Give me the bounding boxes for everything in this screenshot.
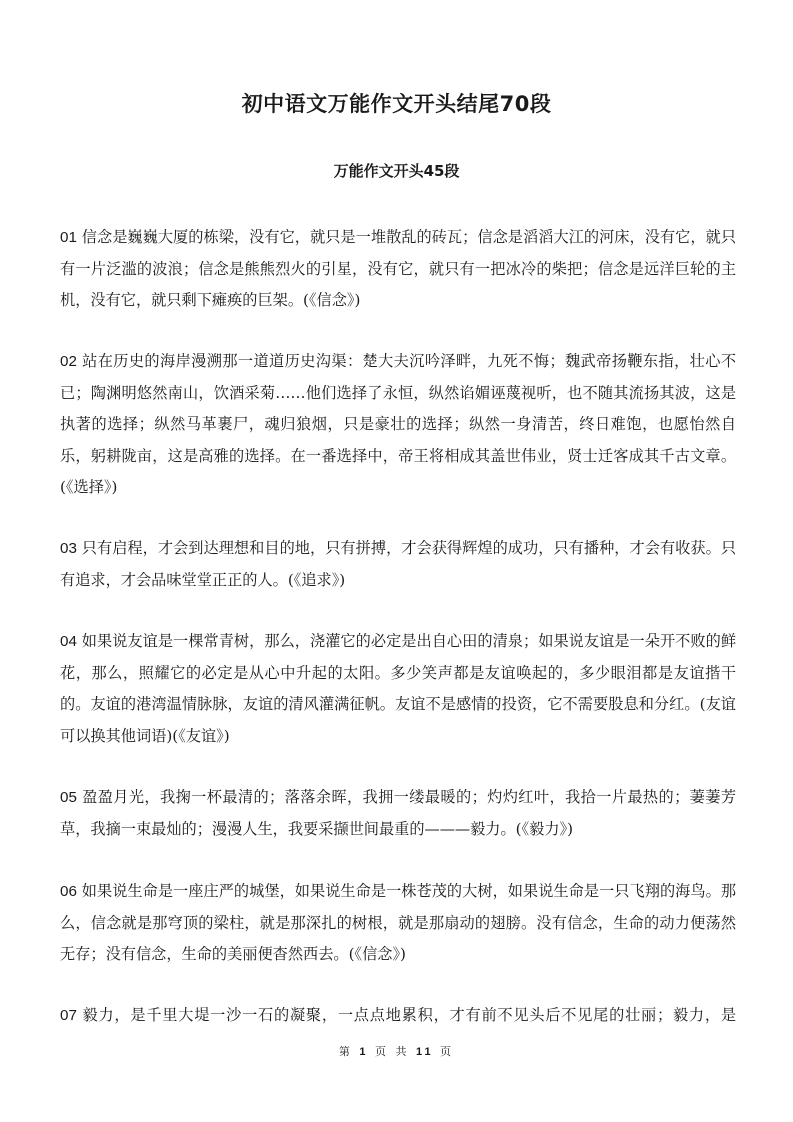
paragraph-number: 01 <box>60 229 77 246</box>
paragraph-number: 06 <box>60 883 77 900</box>
paragraph-text: 如果说生命是一座庄严的城堡，如果说生命是一株苍茂的大树，如果说生命是一只飞翔的海… <box>60 882 736 963</box>
paragraph-02: 02 站在历史的海岸漫溯那一道道历史沟渠：楚大夫沉吟泽畔，九死不悔；魏武帝扬鞭东… <box>60 346 736 504</box>
paragraph-number: 03 <box>60 540 77 557</box>
paragraph-number: 07 <box>60 1007 77 1024</box>
paragraph-text: 如果说友谊是一棵常青树，那么，浇灌它的必定是出自心田的清泉；如果说友谊是一朵开不… <box>60 632 736 745</box>
paragraph-text: 站在历史的海岸漫溯那一道道历史沟渠：楚大夫沉吟泽畔，九死不悔；魏武帝扬鞭东指，壮… <box>60 352 736 496</box>
footer-middle: 页 共 <box>375 1045 410 1058</box>
paragraph-03: 03 只有启程，才会到达理想和目的地，只有拼搏，才会获得辉煌的成功，只有播种，才… <box>60 533 736 596</box>
paragraph-number: 02 <box>60 353 77 370</box>
paragraph-05: 05 盈盈月光，我掬一杯最清的；落落余晖，我拥一缕最暖的；灼灼红叶，我拾一片最热… <box>60 782 736 845</box>
paragraph-06: 06 如果说生命是一座庄严的城堡，如果说生命是一株苍茂的大树，如果说生命是一只飞… <box>60 876 736 971</box>
section-heading: 万能作文开头45段 <box>0 160 793 181</box>
total-pages-number: 11 <box>416 1046 434 1058</box>
paragraph-text: 毅力，是千里大堤一沙一石的凝聚，一点点地累积，才有前不见头后不见尾的壮丽；毅力，… <box>83 1006 737 1024</box>
paragraph-number: 05 <box>60 789 77 806</box>
paragraph-01: 01 信念是巍巍大厦的栋梁，没有它，就只是一堆散乱的砖瓦；信念是滔滔大江的河床，… <box>60 222 736 317</box>
paragraph-text: 盈盈月光，我掬一杯最清的；落落余晖，我拥一缕最暖的；灼灼红叶，我拾一片最热的；萋… <box>60 788 736 838</box>
page-footer: 第 1 页 共 11 页 <box>0 1043 793 1059</box>
paragraph-text: 只有启程，才会到达理想和目的地，只有拼搏，才会获得辉煌的成功，只有播种，才会有收… <box>60 539 736 589</box>
footer-prefix: 第 <box>339 1045 353 1058</box>
paragraph-text: 信念是巍巍大厦的栋梁，没有它，就只是一堆散乱的砖瓦；信念是滔滔大江的河床，没有它… <box>60 228 736 309</box>
footer-suffix: 页 <box>440 1045 454 1058</box>
current-page-number: 1 <box>359 1046 368 1058</box>
paragraph-number: 04 <box>60 633 77 650</box>
paragraph-07: 07 毅力，是千里大堤一沙一石的凝聚，一点点地累积，才有前不见头后不见尾的壮丽；… <box>60 1000 736 1032</box>
document-title: 初中语文万能作文开头结尾70段 <box>0 88 793 118</box>
paragraph-04: 04 如果说友谊是一棵常青树，那么，浇灌它的必定是出自心田的清泉；如果说友谊是一… <box>60 626 736 752</box>
